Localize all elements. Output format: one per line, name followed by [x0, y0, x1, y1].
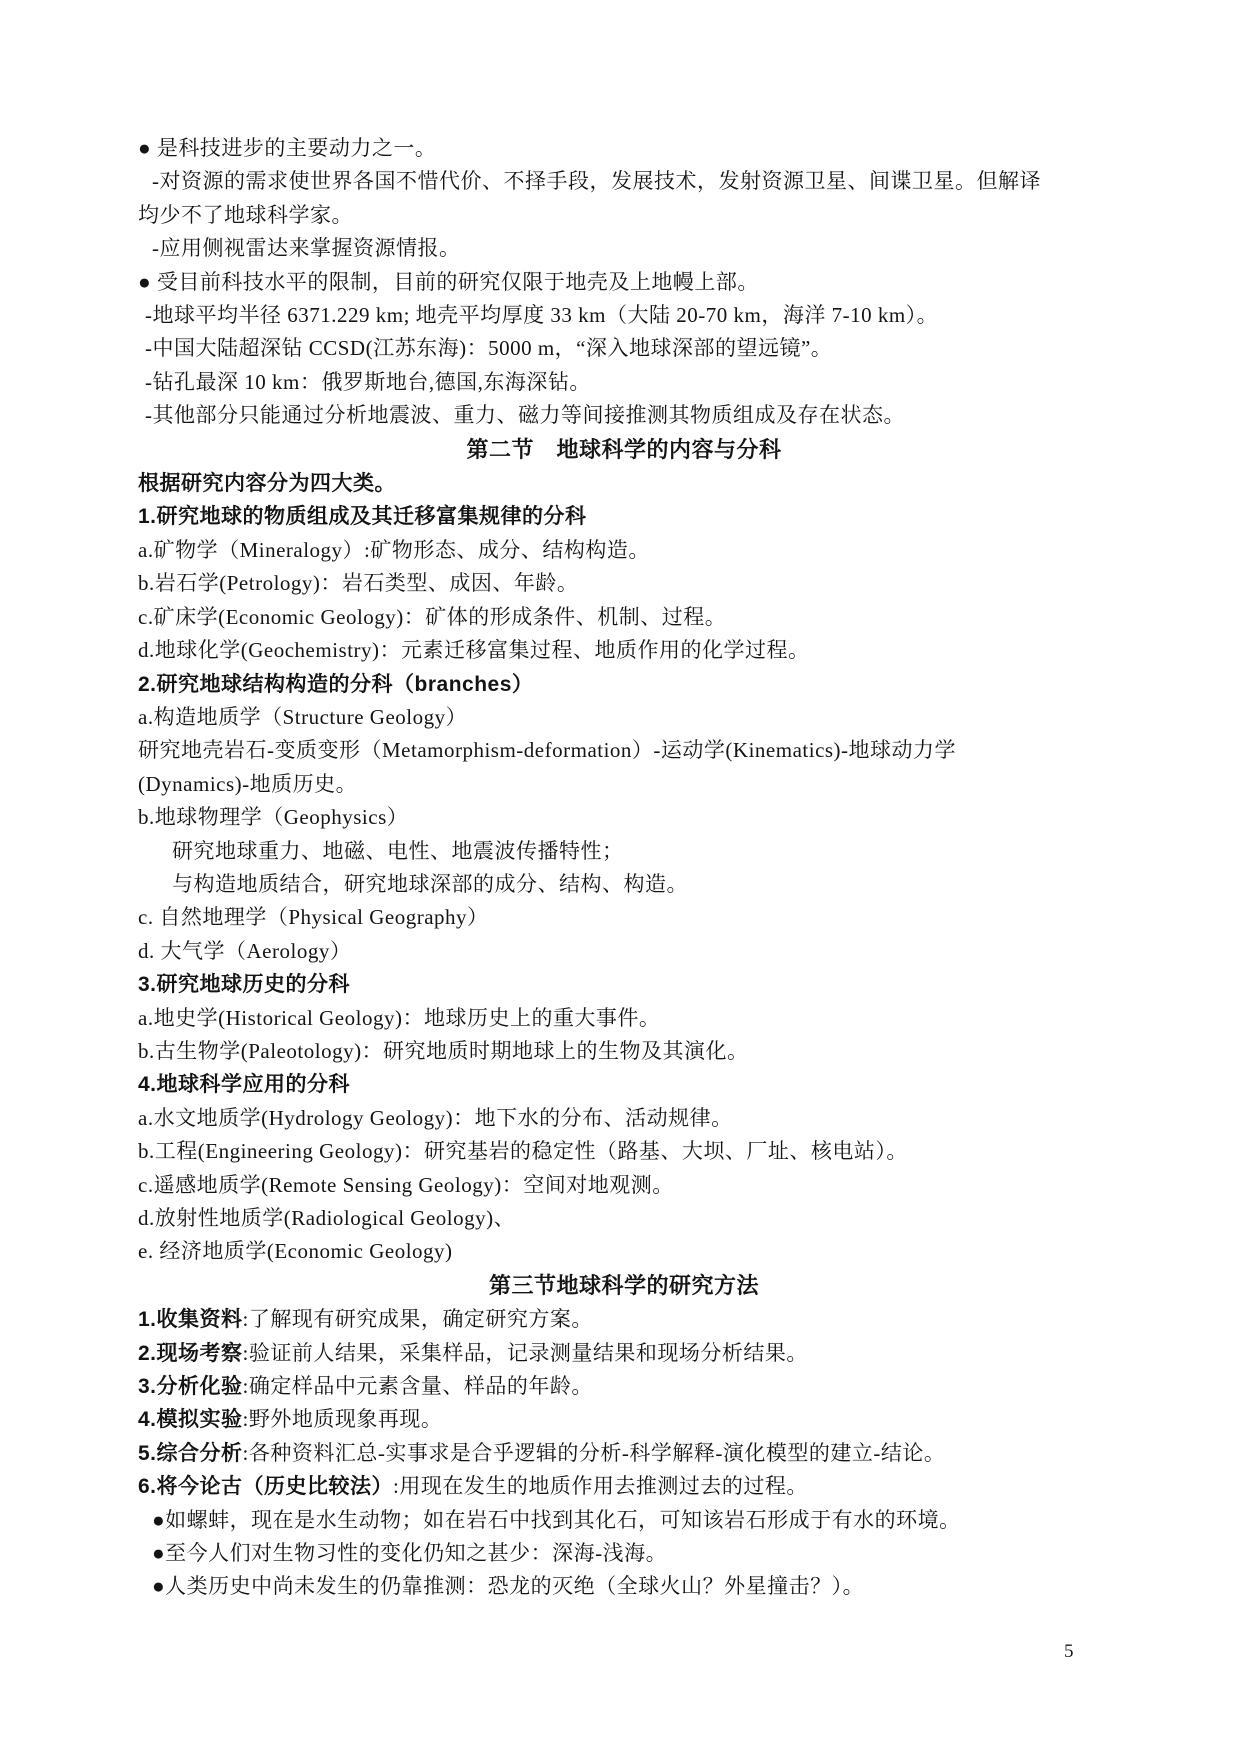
lettered-item: c.矿床学(Economic Geology)：矿体的形成条件、机制、过程。: [138, 601, 1110, 634]
text-segment: a.矿物学（Mineralogy）:矿物形态、成分、结构构造。: [138, 538, 650, 562]
text-segment: d.地球化学(Geochemistry)：元素迁移富集过程、地质作用的化学过程。: [138, 638, 810, 662]
text-segment: b.岩石学(Petrology)：岩石类型、成因、年龄。: [138, 571, 578, 595]
dash-line: -对资源的需求使世界各国不惜代价、不择手段，发展技术，发射资源卫星、间谍卫星。但…: [138, 165, 1110, 198]
lettered-item: d.地球化学(Geochemistry)：元素迁移富集过程、地质作用的化学过程。: [138, 634, 1110, 667]
numbered-heading: 3.研究地球历史的分科: [138, 968, 1110, 1001]
continuation-line: 均少不了地球科学家。: [138, 199, 1110, 232]
bold-text-segment: 6.将今论古（历史比较法）: [138, 1475, 393, 1498]
bold-text-segment: 5.综合分析: [138, 1442, 243, 1465]
document-content: ● 是科技进步的主要动力之一。-对资源的需求使世界各国不惜代价、不择手段，发展技…: [138, 132, 1110, 1604]
indented-line: 与构造地质结合，研究地球深部的成分、结构、构造。: [138, 868, 1110, 901]
bold-text-segment: 2.现场考察: [138, 1342, 243, 1365]
lettered-item: b.古生物学(Paleotology)：研究地质时期地球上的生物及其演化。: [138, 1035, 1110, 1068]
bullet-line: ● 受目前科技水平的限制，目前的研究仅限于地壳及上地幔上部。: [138, 266, 1110, 299]
text-segment: ●人类历史中尚未发生的仍靠推测：恐龙的灭绝（全球火山？外星撞击？）。: [152, 1574, 864, 1598]
lettered-item: d.放射性地质学(Radiological Geology)、: [138, 1202, 1110, 1235]
text-segment: 与构造地质结合，研究地球深部的成分、结构、构造。: [172, 872, 688, 896]
lettered-item: c.遥感地质学(Remote Sensing Geology)：空间对地观测。: [138, 1169, 1110, 1202]
bullet-line: ● 是科技进步的主要动力之一。: [138, 132, 1110, 165]
text-segment: d.放射性地质学(Radiological Geology)、: [138, 1206, 515, 1230]
text-segment: 研究地球重力、地磁、电性、地震波传播特性；: [172, 839, 624, 863]
dash-line: -地球平均半径 6371.229 km; 地壳平均厚度 33 km（大陆 20-…: [138, 299, 1110, 332]
text-segment: b.古生物学(Paleotology)：研究地质时期地球上的生物及其演化。: [138, 1039, 749, 1063]
lettered-item: b.岩石学(Petrology)：岩石类型、成因、年龄。: [138, 567, 1110, 600]
bullet-line: ●如螺蚌，现在是水生动物；如在岩石中找到其化石，可知该岩石形成于有水的环境。: [138, 1504, 1110, 1537]
dash-line: -中国大陆超深钻 CCSD(江苏东海)：5000 m，“深入地球深部的望远镜”。: [138, 332, 1110, 365]
text-segment: ● 是科技进步的主要动力之一。: [138, 136, 436, 160]
bold-text-segment: 第二节 地球科学的内容与分科: [466, 437, 781, 462]
method-item: 1.收集资料:了解现有研究成果，确定研究方案。: [138, 1303, 1110, 1336]
lettered-item: d. 大气学（Aerology）: [138, 935, 1110, 968]
bold-text-segment: 4.地球科学应用的分科: [138, 1073, 350, 1096]
method-item: 6.将今论古（历史比较法）:用现在发生的地质作用去推测过去的过程。: [138, 1470, 1110, 1503]
text-segment: b.工程(Engineering Geology)：研究基岩的稳定性（路基、大坝…: [138, 1139, 908, 1163]
text-segment: d. 大气学（Aerology）: [138, 939, 351, 963]
bold-text-segment: 2.研究地球结构构造的分科（branches）: [138, 673, 533, 696]
text-segment: ●如螺蚌，现在是水生动物；如在岩石中找到其化石，可知该岩石形成于有水的环境。: [152, 1508, 961, 1532]
bullet-line: ●至今人们对生物习性的变化仍知之甚少：深海-浅海。: [138, 1537, 1110, 1570]
continuation-line: 研究地壳岩石-变质变形（Metamorphism-deformation）-运动…: [138, 734, 1110, 767]
numbered-heading: 1.研究地球的物质组成及其迁移富集规律的分科: [138, 500, 1110, 533]
text-segment: a.构造地质学（Structure Geology）: [138, 705, 467, 729]
text-segment: e. 经济地质学(Economic Geology): [138, 1239, 453, 1263]
bold-text-segment: 根据研究内容分为四大类。: [138, 472, 396, 495]
text-segment: :验证前人结果，采集样品，记录测量结果和现场分析结果。: [243, 1341, 808, 1365]
numbered-heading: 4.地球科学应用的分科: [138, 1068, 1110, 1101]
indented-line: 研究地球重力、地磁、电性、地震波传播特性；: [138, 835, 1110, 868]
text-segment: ●至今人们对生物习性的变化仍知之甚少：深海-浅海。: [152, 1541, 667, 1565]
method-item: 4.模拟实验:野外地质现象再现。: [138, 1403, 1110, 1436]
text-segment: -地球平均半径 6371.229 km; 地壳平均厚度 33 km（大陆 20-…: [145, 303, 938, 327]
text-segment: :了解现有研究成果，确定研究方案。: [243, 1307, 593, 1331]
text-segment: :野外地质现象再现。: [243, 1407, 443, 1431]
lettered-item: a.水文地质学(Hydrology Geology)：地下水的分布、活动规律。: [138, 1102, 1110, 1135]
text-segment: a.水文地质学(Hydrology Geology)：地下水的分布、活动规律。: [138, 1106, 733, 1130]
dash-line: -应用侧视雷达来掌握资源情报。: [138, 232, 1110, 265]
text-segment: :确定样品中元素含量、样品的年龄。: [243, 1374, 593, 1398]
bold-text-segment: 1.研究地球的物质组成及其迁移富集规律的分科: [138, 505, 587, 528]
section-3-heading: 第三节地球科学的研究方法: [138, 1269, 1110, 1303]
lettered-item: a.矿物学（Mineralogy）:矿物形态、成分、结构构造。: [138, 534, 1110, 567]
text-segment: -对资源的需求使世界各国不惜代价、不择手段，发展技术，发射资源卫星、间谍卫星。但…: [152, 169, 1041, 193]
text-segment: c. 自然地理学（Physical Geography）: [138, 905, 489, 929]
text-segment: a.地史学(Historical Geology)：地球历史上的重大事件。: [138, 1006, 660, 1030]
dash-line: -钻孔最深 10 km：俄罗斯地台,德国,东海深钻。: [138, 366, 1110, 399]
text-segment: -中国大陆超深钻 CCSD(江苏东海)：5000 m，“深入地球深部的望远镜”。: [145, 336, 832, 360]
page-number: 5: [1064, 1640, 1074, 1664]
text-segment: -其他部分只能通过分析地震波、重力、磁力等间接推测其物质组成及存在状态。: [145, 403, 905, 427]
text-segment: :用现在发生的地质作用去推测过去的过程。: [393, 1474, 808, 1498]
method-item: 2.现场考察:验证前人结果，采集样品，记录测量结果和现场分析结果。: [138, 1337, 1110, 1370]
continuation-line: (Dynamics)-地质历史。: [138, 768, 1110, 801]
text-segment: c.矿床学(Economic Geology)：矿体的形成条件、机制、过程。: [138, 605, 726, 629]
intro-line: 根据研究内容分为四大类。: [138, 467, 1110, 500]
lettered-item: e. 经济地质学(Economic Geology): [138, 1235, 1110, 1268]
text-segment: -钻孔最深 10 km：俄罗斯地台,德国,东海深钻。: [145, 370, 591, 394]
bold-text-segment: 第三节地球科学的研究方法: [489, 1273, 759, 1298]
bold-text-segment: 1.收集资料: [138, 1308, 243, 1331]
text-segment: (Dynamics)-地质历史。: [138, 772, 357, 796]
bold-text-segment: 3.分析化验: [138, 1375, 243, 1398]
text-segment: 研究地壳岩石-变质变形（Metamorphism-deformation）-运动…: [138, 738, 956, 762]
bullet-line: ●人类历史中尚未发生的仍靠推测：恐龙的灭绝（全球火山？外星撞击？）。: [138, 1570, 1110, 1603]
lettered-item: b.工程(Engineering Geology)：研究基岩的稳定性（路基、大坝…: [138, 1135, 1110, 1168]
lettered-item: a.构造地质学（Structure Geology）: [138, 701, 1110, 734]
section-2-heading: 第二节 地球科学的内容与分科: [138, 433, 1110, 467]
text-segment: b.地球物理学（Geophysics）: [138, 805, 408, 829]
text-segment: 均少不了地球科学家。: [138, 203, 353, 227]
lettered-item: b.地球物理学（Geophysics）: [138, 801, 1110, 834]
text-segment: :各种资料汇总-实事求是合乎逻辑的分析-科学解释-演化模型的建立-结论。: [243, 1441, 946, 1465]
dash-line: -其他部分只能通过分析地震波、重力、磁力等间接推测其物质组成及存在状态。: [138, 399, 1110, 432]
method-item: 5.综合分析:各种资料汇总-实事求是合乎逻辑的分析-科学解释-演化模型的建立-结…: [138, 1437, 1110, 1470]
method-item: 3.分析化验:确定样品中元素含量、样品的年龄。: [138, 1370, 1110, 1403]
lettered-item: a.地史学(Historical Geology)：地球历史上的重大事件。: [138, 1002, 1110, 1035]
text-segment: -应用侧视雷达来掌握资源情报。: [152, 236, 461, 260]
lettered-item: c. 自然地理学（Physical Geography）: [138, 901, 1110, 934]
bold-text-segment: 4.模拟实验: [138, 1408, 243, 1431]
text-segment: c.遥感地质学(Remote Sensing Geology)：空间对地观测。: [138, 1173, 674, 1197]
text-segment: ● 受目前科技水平的限制，目前的研究仅限于地壳及上地幔上部。: [138, 270, 759, 294]
bold-text-segment: 3.研究地球历史的分科: [138, 973, 350, 996]
document-page: ● 是科技进步的主要动力之一。-对资源的需求使世界各国不惜代价、不择手段，发展技…: [0, 0, 1240, 1754]
numbered-heading: 2.研究地球结构构造的分科（branches）: [138, 668, 1110, 701]
